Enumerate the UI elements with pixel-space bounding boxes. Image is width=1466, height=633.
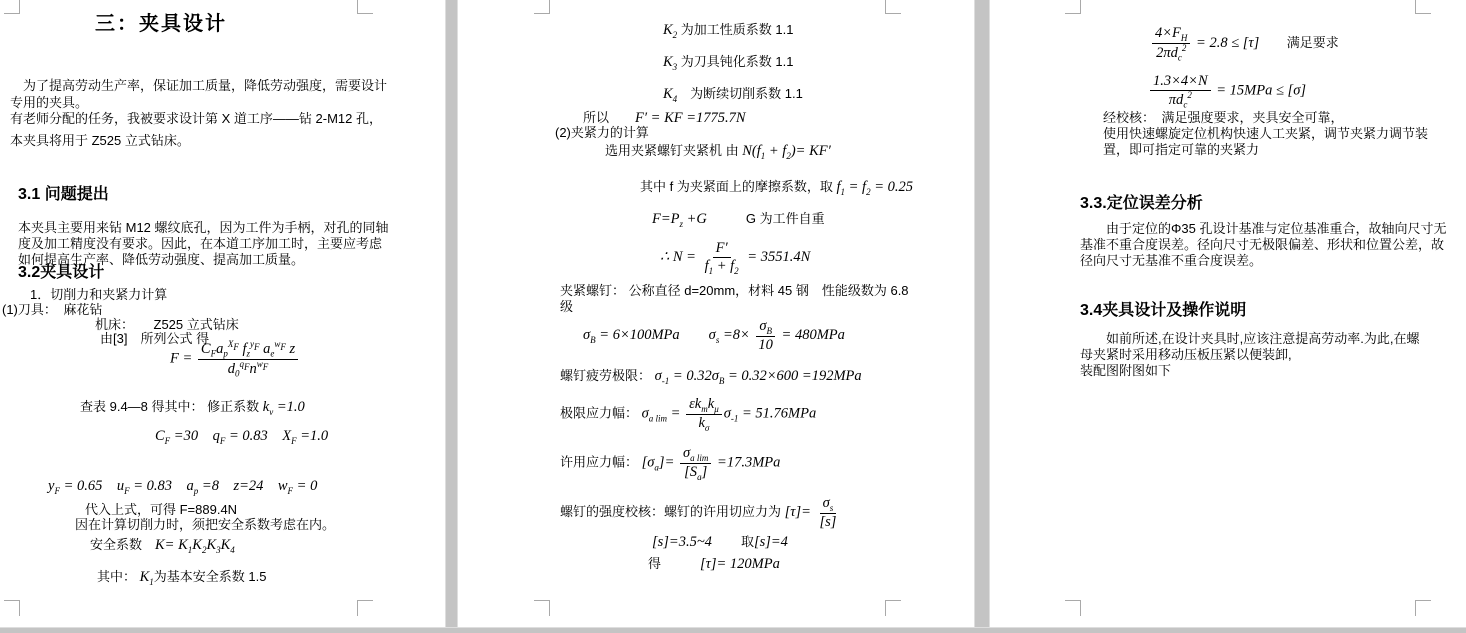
intro-line: 本夹具将用于 Z525 立式钻床。 [10,133,190,149]
body-line: 径向尺寸无基准不重合度误差。 [1080,253,1262,269]
substitute-line: 代入上式，可得 F=889.4N [85,502,237,518]
margin-mark-icon [4,600,20,616]
formula-strength-check: 螺钉的强度校核：螺钉的许用切应力为 [τ]= σs[s] [560,495,841,531]
margin-mark-icon [357,0,373,14]
margin-mark-icon [1065,600,1081,616]
formula-sigma: σB = 6×100MPa σs =8× σB10 = 480MPa [583,318,845,354]
conclusion-line: 使用快速螺旋定位机构快速人工夹紧，调节夹紧力调节装 [1103,126,1428,142]
formula-tau: 得 [τ]= 120MPa [648,556,780,572]
heading-3-4: 3.4夹具设计及操作说明 [1080,303,1246,319]
clamp-heading: (2)夹紧力的计算 [555,125,649,141]
intro-line: 有老师分配的任务，我被要求设计第 X 道工序——钻 2-M12 孔， [10,111,382,127]
conclusion-line: 经校核： 满足强度要求，夹具安全可靠， [1103,110,1344,126]
body-line: 由于定位的Φ35 孔设计基准与定位基准重合，故轴向尺寸无 [1080,221,1446,237]
screw-spec-line: 级 [560,299,573,315]
formula-cutting-force: F = CFapXF fzyF aewF zd0qFnwF [170,340,300,378]
margin-mark-icon [534,0,550,14]
note-line: 因在计算切削力时，须把安全系数考虑在内。 [75,517,335,533]
formula-normal-check: 1.3×4×Nπdc2 = 15MPa ≤ [σ] [1148,73,1306,109]
formula-safety-factor: 安全系数 K= K1K2K3K4 [90,537,235,555]
formula-fatigue-limit: 螺钉疲劳极限： σ-1 = 0.32σB = 0.32×600 =192MPa [560,368,862,386]
margin-mark-icon [885,0,901,14]
screw-spec-line: 夹紧螺钉： 公称直径 d=20mm，材料 45 钢 性能级数为 6.8 [560,283,909,299]
body-line: 基准不重合度误差。径向尺寸无极限偏差、形状和位置公差，故 [1080,237,1444,253]
formula-k1: 其中： K1为基本安全系数 1.5 [97,569,266,587]
formula-k4: K4 为断续切削系数 1.1 [663,86,803,104]
body-line: 装配图附图如下 [1080,363,1171,379]
conclusion-line: 置，即可指定可靠的夹紧力 [1103,142,1259,158]
formula-k3: K3 为刀具钝化系数 1.1 [663,54,793,72]
body-line: 本夹具主要用来钻 M12 螺纹底孔，因为工件为手柄，对孔的同轴 [18,220,389,236]
formula-k2: K2 为加工性质系数 1.1 [663,22,793,40]
formula-clamp-mechanism: 选用夹紧螺钉夹紧机 由 N(f1 + f2)= KF′ [605,143,831,161]
formula-safety-take: [s]=3.5~4 取[s]=4 [652,534,788,550]
document-view: 三：夹具设计 为了提高劳动生产率，保证加工质量，降低劳动强度，需要设计 专用的夹… [0,0,1466,633]
margin-mark-icon [4,0,20,14]
body-line: 度及加工精度没有要求。因此，在本道工序加工时，主要应考虑 [18,236,382,252]
tool-line: (1)刀具： 麻花钻 [2,302,102,318]
list-item: 1．切削力和夹紧力计算 [30,287,167,303]
heading-3-1: 3.1 问题提出 [18,187,109,203]
body-line: 母夹紧时采用移动压板压紧以便装卸, [1080,347,1292,363]
page-gap [445,0,458,627]
page-gap [974,0,990,627]
formula-total-force: 所以 F′ = KF =1775.7N [583,110,746,126]
intro-line: 专用的夹具。 [10,95,88,111]
margin-mark-icon [1065,0,1081,14]
margin-mark-icon [1415,600,1431,616]
formula-weight: F=Pz +G G 为工件自重 [652,211,825,229]
canvas-bottom-strip [0,627,1466,633]
margin-mark-icon [885,600,901,616]
formula-friction: 其中 f 为夹紧面上的摩擦系数，取 f1 = f2 = 0.25 [640,179,913,197]
margin-mark-icon [534,600,550,616]
heading-3-3: 3.3.定位误差分析 [1080,196,1203,212]
formula-shear-check: 4×FH2πdc2 = 2.8 ≤ [τ] 满足要求 [1150,25,1339,63]
formula-coefficients-2: yF = 0.65 uF = 0.83 ap =8 z=24 wF = 0 [48,478,317,496]
margin-mark-icon [357,600,373,616]
formula-allowable-stress-amplitude: 许用应力幅： [σa]= σa lim[Sa] =17.3MPa [560,445,780,482]
formula-coefficients-1: CF =30 qF = 0.83 XF =1.0 [155,428,328,446]
heading-3-2: 3.2夹具设计 [18,265,104,281]
margin-mark-icon [1415,0,1431,14]
formula-limit-stress-amplitude: 极限应力幅： σa lim = εkmkμkσσ-1 = 51.76MPa [560,396,816,433]
formula-correction-factor: 查表 9.4—8 得其中： 修正系数 kv =1.0 [80,399,305,417]
formula-clamp-force: ∴ N = F′f1 + f2 = 3551.4N [660,240,810,276]
intro-line: 为了提高劳动生产率，保证加工质量，降低劳动强度，需要设计 [10,78,387,94]
section-title: 三：夹具设计 [95,16,227,32]
body-line: 如前所述,在设计夹具时,应该注意提高劳动率.为此,在螺 [1080,331,1419,347]
